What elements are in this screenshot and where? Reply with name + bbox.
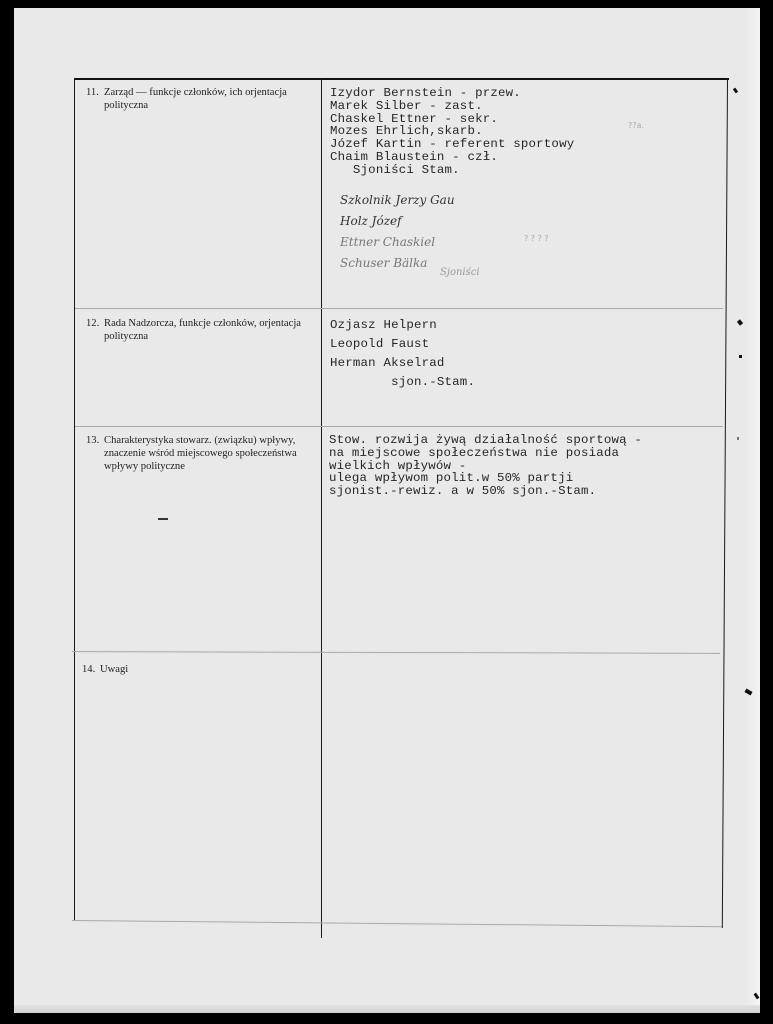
section-11-typed-content: Izydor Bernstein - przew. Marek Silber -… — [330, 87, 574, 177]
section-13-typed-content: Stow. rozwija żywą działalność sportową … — [329, 434, 642, 498]
section-11-label: 11.Zarząd — funkcje członków, ich orjent… — [86, 86, 326, 112]
typed-line: Sjoniści Stam. — [330, 164, 574, 177]
section-12-label: 12.Rada Nadzorcza, funkcje członków, orj… — [86, 317, 332, 343]
page-bottom-edge — [14, 1005, 760, 1013]
handwritten-line: Holz Józef — [340, 211, 455, 232]
handwritten-line: Szkolnik Jerzy Gau — [340, 190, 455, 211]
column-divider — [321, 78, 322, 938]
row-divider — [75, 426, 723, 427]
section-label-text: Rada Nadzorcza, funkcje członków, orjent… — [104, 318, 301, 342]
handwritten-line: Ettner Chaskiel — [340, 232, 455, 253]
section-label-text: Charakterystyka stowarz. (związku) wpływ… — [104, 435, 297, 472]
typed-line: Herman Akselrad — [330, 354, 475, 373]
row-divider — [75, 308, 723, 309]
scan-speck — [737, 437, 739, 440]
pencil-mark: ? ? ? ? — [524, 234, 549, 243]
section-label-text: Uwagi — [100, 664, 128, 675]
page-edge-shade — [746, 8, 760, 1013]
section-14-label: 14.Uwagi — [82, 663, 320, 676]
handwritten-line: Schuser Bälka — [340, 253, 455, 274]
typed-line: Chaim Blaustein - czł. — [330, 151, 574, 164]
section-11-handwritten-content: Szkolnik Jerzy Gau Holz Józef Ettner Cha… — [340, 190, 455, 274]
table-top-border — [74, 78, 729, 80]
typed-line: Stow. rozwija żywą działalność sportową … — [329, 434, 642, 447]
section-12-typed-content: Ozjasz Helpern Leopold Faust Herman Akse… — [330, 316, 475, 392]
section-13-label: 13.Charakterystyka stowarz. (związku) wp… — [86, 434, 324, 473]
section-label-text: Zarząd — funkcje członków, ich orjentacj… — [104, 87, 287, 111]
pencil-mark: ??a. — [628, 121, 644, 130]
typed-line: Leopold Faust — [330, 335, 475, 354]
typed-line: sjon.-Stam. — [330, 373, 475, 392]
ink-dash — [158, 518, 168, 520]
scan-speck — [739, 355, 742, 358]
typed-line: Izydor Bernstein - przew. — [330, 87, 574, 100]
handwritten-note: Sjoniści — [440, 262, 480, 283]
section-number: 13. — [86, 434, 104, 447]
typed-line: sjonist.-rewiz. a w 50% sjon.-Stam. — [329, 485, 642, 498]
typed-line: Ozjasz Helpern — [330, 316, 475, 335]
section-number: 12. — [86, 317, 104, 330]
typed-line: na miejscowe społeczeństwa nie posiada — [329, 447, 642, 460]
section-number: 14. — [82, 663, 100, 676]
section-number: 11. — [86, 86, 104, 99]
table-left-border — [74, 78, 75, 920]
typed-line: Marek Silber - zast. — [330, 100, 574, 113]
